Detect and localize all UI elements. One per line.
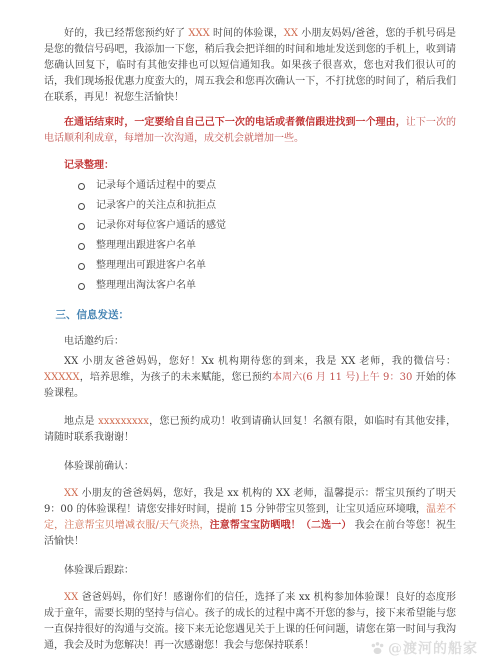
text-segment: XX [284,28,298,39]
list-item-label: 记录每个通话过程中的要点 [96,177,216,195]
text-segment: xxxxxxxxx [98,416,149,427]
record-bullet-list: 记录每个通话过程中的要点记录客户的关注点和抗拒点记录你对每位客户通话的感觉整理理… [78,177,456,295]
list-item: 整理理出淘汰客户名单 [78,277,456,295]
list-item-label: 整理理出可跟进客户名单 [96,257,206,275]
text-segment: XXX [188,28,209,39]
paragraph-booking-confirm: 好的，我已经帮您预约好了 XXX 时间的体验课，XX 小朋友妈妈/爸爸，您的手机… [44,26,456,106]
list-item-label: 记录客户的关注点和抗拒点 [96,197,216,215]
list-item: 记录客户的关注点和抗拒点 [78,197,456,215]
circle-bullet-icon [78,283,85,290]
list-item: 记录你对每位客户通话的感觉 [78,217,456,235]
circle-bullet-icon [78,183,85,190]
text-segment: 地点是 [64,416,98,427]
text-segment: 时间的体验课， [210,28,284,39]
watermark-handle: @渡河的船家 [388,638,478,658]
text-segment: XX [64,592,78,603]
paragraph-location-message: 地点是 xxxxxxxxx，您已预约成功！收到请确认回复！名额有限，如临时有其他… [44,414,456,446]
text-segment: XX 小朋友爸爸妈妈，您好！Xx 机构期待您的到来，我是 XX 老师，我的微信号… [64,356,456,367]
paragraph-invite-message: XX 小朋友爸爸妈妈，您好！Xx 机构期待您的到来，我是 XX 老师，我的微信号… [44,354,456,402]
list-item: 记录每个通话过程中的要点 [78,177,456,195]
list-item-label: 记录你对每位客户通话的感觉 [96,217,226,235]
paragraph-call-end-tip: 在通话结束时，一定要给自自己己下一次的电话或者微信跟进找到一个理由，让下一次的电… [44,115,456,147]
text-segment: 小朋友妈妈/爸爸，您的手机号码是是您的微信号码吧，我添加一下您，稍后我会把详细的… [44,28,456,103]
document-page: 好的，我已经帮您预约好了 XXX 时间的体验课，XX 小朋友妈妈/爸爸，您的手机… [0,0,500,666]
section-heading-info-send: 三、信息发送： [56,307,456,322]
text-segment: 在通话结束时，一定要给自自己己下一次的电话或者微信跟进找到一个理由， [64,117,406,128]
text-segment: 好的，我已经帮您预约好了 [64,28,188,39]
list-item: 整理理出可跟进客户名单 [78,257,456,275]
postclass-follow-label: 体验课后跟踪： [44,563,456,579]
list-item-label: 整理理出淘汰客户名单 [96,277,196,295]
list-item-label: 整理理出跟进客户名单 [96,237,196,255]
text-segment: XXXXX [44,372,80,383]
text-segment: XX [64,488,78,499]
preclass-confirm-label: 体验课前确认： [44,459,456,475]
text-segment: ，培养思维，为孩子的未来赋能，您已预约 [80,372,272,383]
text-segment: 小朋友的爸爸妈妈，您好，我是 xx 机构的 XX 老师，温馨提示：帮宝贝预约了明… [44,488,456,515]
circle-bullet-icon [78,243,85,250]
watermark: @渡河的船家 [370,638,478,658]
paragraph-preclass-message: XX 小朋友的爸爸妈妈，您好，我是 xx 机构的 XX 老师，温馨提示：帮宝贝预… [44,486,456,550]
text-segment: 本周六(6 月 11 号)上午 9：30 [272,372,412,383]
text-segment: 注意帮宝宝防晒哦！（二选一） [210,520,352,531]
circle-bullet-icon [78,203,85,210]
after-call-invite-label: 电话邀约后： [44,334,456,350]
circle-bullet-icon [78,263,85,270]
list-item: 整理理出跟进客户名单 [78,237,456,255]
paw-icon [370,641,385,656]
record-organize-heading: 记录整理： [64,156,456,171]
circle-bullet-icon [78,223,85,230]
